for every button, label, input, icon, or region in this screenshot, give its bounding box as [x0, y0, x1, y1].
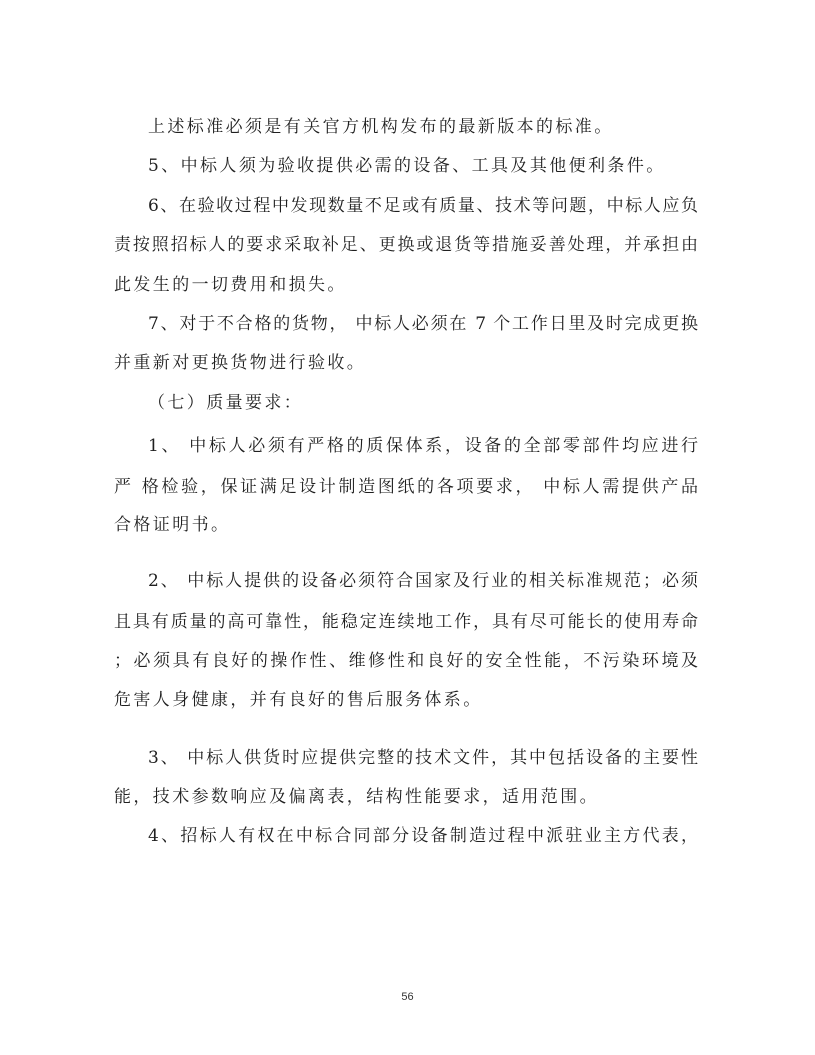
- text-line: 严 格检验，保证满足设计制造图纸的各项要求， 中标人需提供产品: [114, 476, 698, 498]
- page-number: 56: [0, 991, 815, 1003]
- text-line: 且具有质量的高可靠性，能稳定连续地工作，具有尽可能长的使用寿命: [114, 611, 698, 633]
- text-line: 上述标准必须是有关官方机构发布的最新版本的标准。: [148, 116, 698, 138]
- text-line: 责按照招标人的要求采取补足、更换或退货等措施妥善处理，并承担由: [114, 234, 698, 256]
- document-page: 上述标准必须是有关官方机构发布的最新版本的标准。5、中标人须为验收提供必需的设备…: [0, 0, 815, 1055]
- text-line: （七）质量要求：: [148, 392, 698, 414]
- text-line: 2、 中标人提供的设备必须符合国家及行业的相关标准规范；必须: [148, 570, 698, 592]
- text-line: 7、对于不合格的货物， 中标人必须在 7 个工作日里及时完成更换: [148, 313, 698, 335]
- text-line: 危害人身健康，并有良好的售后服务体系。: [114, 689, 698, 711]
- text-line: 能，技术参数响应及偏离表，结构性能要求，适用范围。: [114, 786, 698, 808]
- text-line: 5、中标人须为验收提供必需的设备、工具及其他便利条件。: [148, 155, 698, 177]
- text-line: 4、招标人有权在中标合同部分设备制造过程中派驻业主方代表，: [148, 825, 698, 847]
- text-line: ；必须具有良好的操作性、维修性和良好的安全性能，不污染环境及: [114, 650, 698, 672]
- text-line: 合格证明书。: [114, 514, 698, 536]
- text-line: 6、在验收过程中发现数量不足或有质量、技术等问题，中标人应负: [148, 195, 698, 217]
- text-line: 3、 中标人供货时应提供完整的技术文件，其中包括设备的主要性: [148, 747, 698, 769]
- text-line: 1、 中标人必须有严格的质保体系，设备的全部零部件均应进行: [148, 435, 698, 457]
- text-line: 此发生的一切费用和损失。: [114, 274, 698, 296]
- text-line: 并重新对更换货物进行验收。: [114, 352, 698, 374]
